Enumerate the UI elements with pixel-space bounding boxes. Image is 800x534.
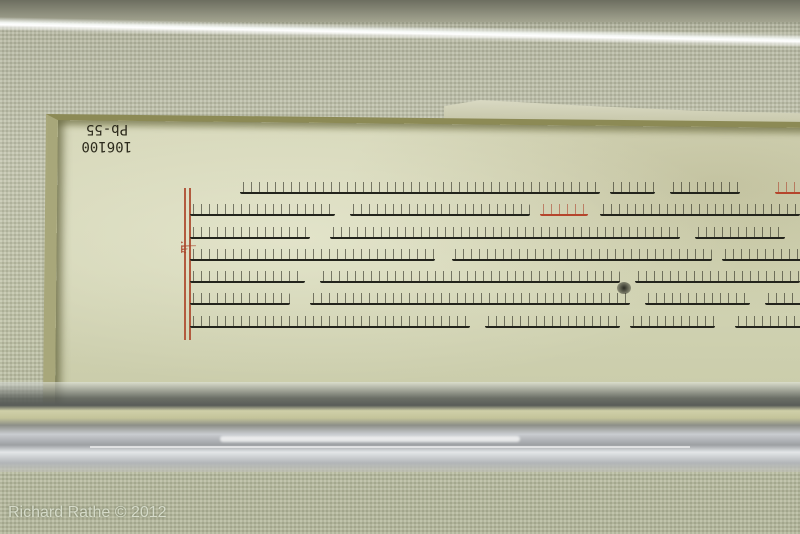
ink-blot <box>617 282 631 294</box>
script-segment <box>190 316 470 328</box>
tibetan-text-block <box>190 178 800 334</box>
script-segment <box>645 293 750 305</box>
catalog-mark: Pb-55 <box>82 120 132 137</box>
rubric-segment <box>540 204 588 216</box>
script-segment <box>240 182 600 194</box>
glass-glare-line <box>90 446 690 448</box>
script-segment <box>190 204 335 216</box>
script-segment <box>635 271 800 283</box>
script-line <box>190 245 800 267</box>
script-segment <box>765 293 800 305</box>
script-segment <box>610 182 655 194</box>
script-segment <box>190 271 305 283</box>
script-segment <box>350 204 530 216</box>
script-line <box>190 289 800 311</box>
script-segment <box>310 293 630 305</box>
script-segment <box>735 316 800 328</box>
script-line <box>190 267 800 289</box>
margin-rule-left <box>184 188 186 340</box>
script-line <box>190 223 800 245</box>
display-case-glass-edge <box>0 382 800 472</box>
script-segment <box>600 204 800 216</box>
script-segment <box>190 249 435 261</box>
script-segment <box>670 182 740 194</box>
catalog-numbers: 106100 Pb-55 <box>82 120 132 154</box>
catalog-mark: 106100 <box>82 137 132 154</box>
script-segment <box>485 316 620 328</box>
script-segment <box>695 227 785 239</box>
script-segment <box>320 271 620 283</box>
script-segment <box>452 249 712 261</box>
script-segment <box>630 316 715 328</box>
script-line <box>190 200 800 222</box>
script-line <box>190 312 800 334</box>
rubric-segment <box>775 182 800 194</box>
script-segment <box>190 227 310 239</box>
script-segment <box>722 249 800 261</box>
script-segment <box>330 227 680 239</box>
script-line <box>190 178 800 200</box>
photographer-watermark: Richard Rathe © 2012 <box>8 504 167 522</box>
glass-glare <box>220 436 520 442</box>
photo-scene: 106100 Pb-55 ཀ་ Richard Rathe © 2012 <box>0 0 800 534</box>
script-segment <box>190 293 290 305</box>
